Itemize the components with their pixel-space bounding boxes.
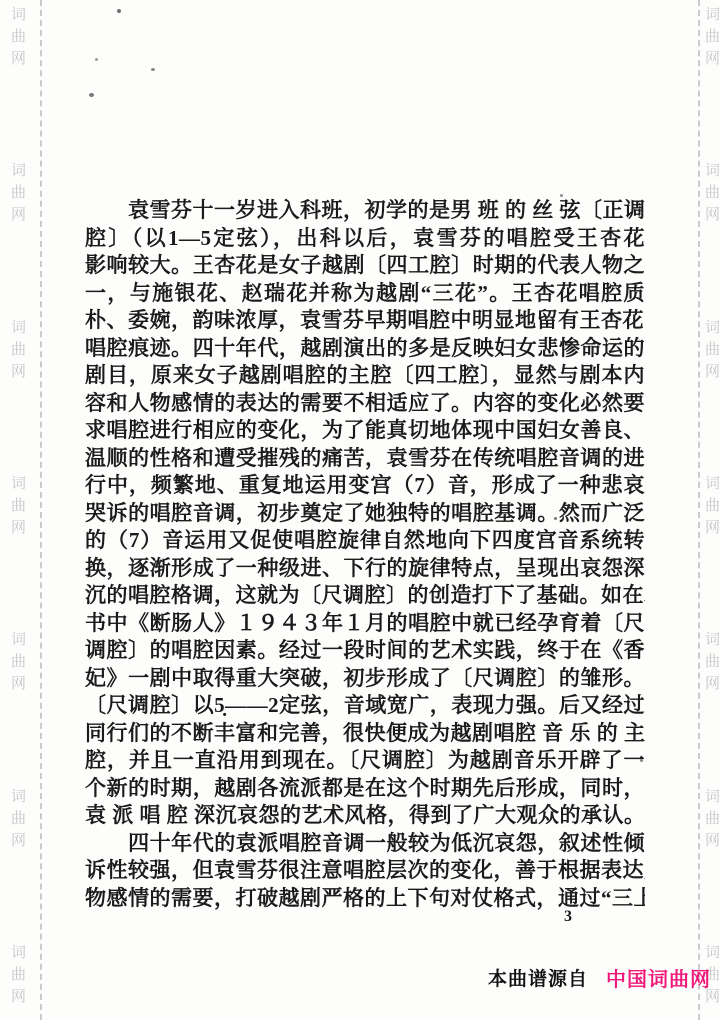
text-line: 诉性较强，但袁雪芬很注意唱腔层次的变化，善于根据表达人 xyxy=(85,857,645,885)
text-line: 四十年代的袁派唱腔音调一般较为低沉哀怨，叙述性倾 xyxy=(85,830,645,858)
text-line: 行中，频繁地、重复地运用变宫（7）音，形成了一种悲哀 xyxy=(85,472,645,500)
right-watermark-column: 词曲网词曲网词曲网词曲网词曲网词曲网词曲网 xyxy=(702,6,720,1010)
page-number: 3 xyxy=(564,908,572,926)
watermark-text: 词曲网 xyxy=(8,162,26,228)
left-dashed-line xyxy=(40,0,42,1020)
scan-speck xyxy=(420,430,422,432)
text-line: 物感情的需要，打破越剧严格的上下句对仗格式，通过“三上 xyxy=(85,885,645,913)
scan-speck xyxy=(89,93,94,97)
text-line: 腔，并且一直沿用到现在。〔尺调腔〕为越剧音乐开辟了一 xyxy=(85,747,645,775)
text-line: 影响较大。王杏花是女子越剧〔四工腔〕时期的代表人物之 xyxy=(85,252,645,280)
text-line: 剧目，原来女子越剧唱腔的主腔〔四工腔〕，显然与剧本内 xyxy=(85,362,645,390)
watermark-text: 词曲网 xyxy=(8,788,26,854)
text-line: 妃》一剧中取得重大突破，初步形成了〔尺调腔〕的雏形。 xyxy=(85,665,645,693)
watermark-text: 词曲网 xyxy=(702,162,720,228)
text-line: 个新的时期，越剧各流派都是在这个时期先后形成，同时， xyxy=(85,775,645,803)
scan-speck xyxy=(151,68,155,71)
scan-speck xyxy=(554,517,557,520)
text-block: 袁雪芬十一岁进入科班，初学的是男 班 的 丝 弦〔正调腔〕（以1—5定弦），出科… xyxy=(85,197,645,912)
text-line: 朴、委婉，韵味浓厚，袁雪芬早期唱腔中明显地留有王杏花的 xyxy=(85,307,645,335)
text-line: 腔〕（以1—5定弦），出科以后，袁雪芬的唱腔受王杏花 xyxy=(85,225,645,253)
text-line: 袁 派 唱 腔 深沉哀怨的艺术风格，得到了广大观众的承认。 xyxy=(85,802,645,830)
scan-speck xyxy=(95,58,98,61)
text-line: 书中《断肠人》１９４３年１月的唱腔中就已经孕育着〔尺 xyxy=(85,610,645,638)
scanned-book-page: 词曲网词曲网词曲网词曲网词曲网词曲网词曲网 词曲网词曲网词曲网词曲网词曲网词曲网… xyxy=(0,0,720,1020)
text-line: 同行们的不断丰富和完善，很快便成为越剧唱腔 音 乐 的 主 xyxy=(85,720,645,748)
footer-credit-prefix: 本曲谱源自 xyxy=(488,964,588,991)
text-line: 容和人物感情的表达的需要不相适应了。内容的变化必然要 xyxy=(85,390,645,418)
text-line: 沉的唱腔格调，这就为〔尺调腔〕的创造打下了基础。如在本 xyxy=(85,582,645,610)
text-line: 的（7）音运用又促使唱腔旋律自然地向下四度宫音系统转 xyxy=(85,527,645,555)
scan-speck xyxy=(117,9,121,13)
right-dashed-line xyxy=(698,0,700,1020)
text-line: 哭诉的唱腔音调，初步奠定了她独特的唱腔基调。然而广泛 xyxy=(85,500,645,528)
watermark-text: 词曲网 xyxy=(8,944,26,1010)
watermark-text: 词曲网 xyxy=(702,788,720,854)
left-watermark-column: 词曲网词曲网词曲网词曲网词曲网词曲网词曲网 xyxy=(8,6,26,1010)
watermark-text: 词曲网 xyxy=(8,475,26,541)
text-line: 换，逐渐形成了一种级进、下行的旋律特点，呈现出哀怨深 xyxy=(85,555,645,583)
watermark-text: 词曲网 xyxy=(702,631,720,697)
text-line: 〔尺调腔〕以5̣——2定弦，音域宽广，表现力强。后又经过 xyxy=(85,692,645,720)
footer-credit: 本曲谱源自 中国词曲网 xyxy=(488,963,711,992)
scan-speck xyxy=(640,759,643,762)
text-line: 唱腔痕迹。四十年代，越剧演出的多是反映妇女悲惨命运的 xyxy=(85,335,645,363)
watermark-text: 词曲网 xyxy=(8,6,26,72)
watermark-text: 词曲网 xyxy=(702,319,720,385)
scan-speck xyxy=(560,194,563,197)
text-line: 调腔〕的唱腔因素。经过一段时间的艺术实践，终于在《香 xyxy=(85,637,645,665)
watermark-text: 词曲网 xyxy=(8,631,26,697)
text-line: 温顺的性格和遭受摧残的痛苦，袁雪芬在传统唱腔音调的进 xyxy=(85,445,645,473)
watermark-text: 词曲网 xyxy=(8,319,26,385)
text-line: 一，与施银花、赵瑞花并称为越剧“三花”。王杏花唱腔质 xyxy=(85,280,645,308)
watermark-text: 词曲网 xyxy=(702,6,720,72)
watermark-text: 词曲网 xyxy=(702,475,720,541)
text-line: 求唱腔进行相应的变化，为了能真切地体现中国妇女善良、 xyxy=(85,417,645,445)
text-line: 袁雪芬十一岁进入科班，初学的是男 班 的 丝 弦〔正调 xyxy=(85,197,645,225)
footer-site-name: 中国词曲网 xyxy=(606,963,711,992)
